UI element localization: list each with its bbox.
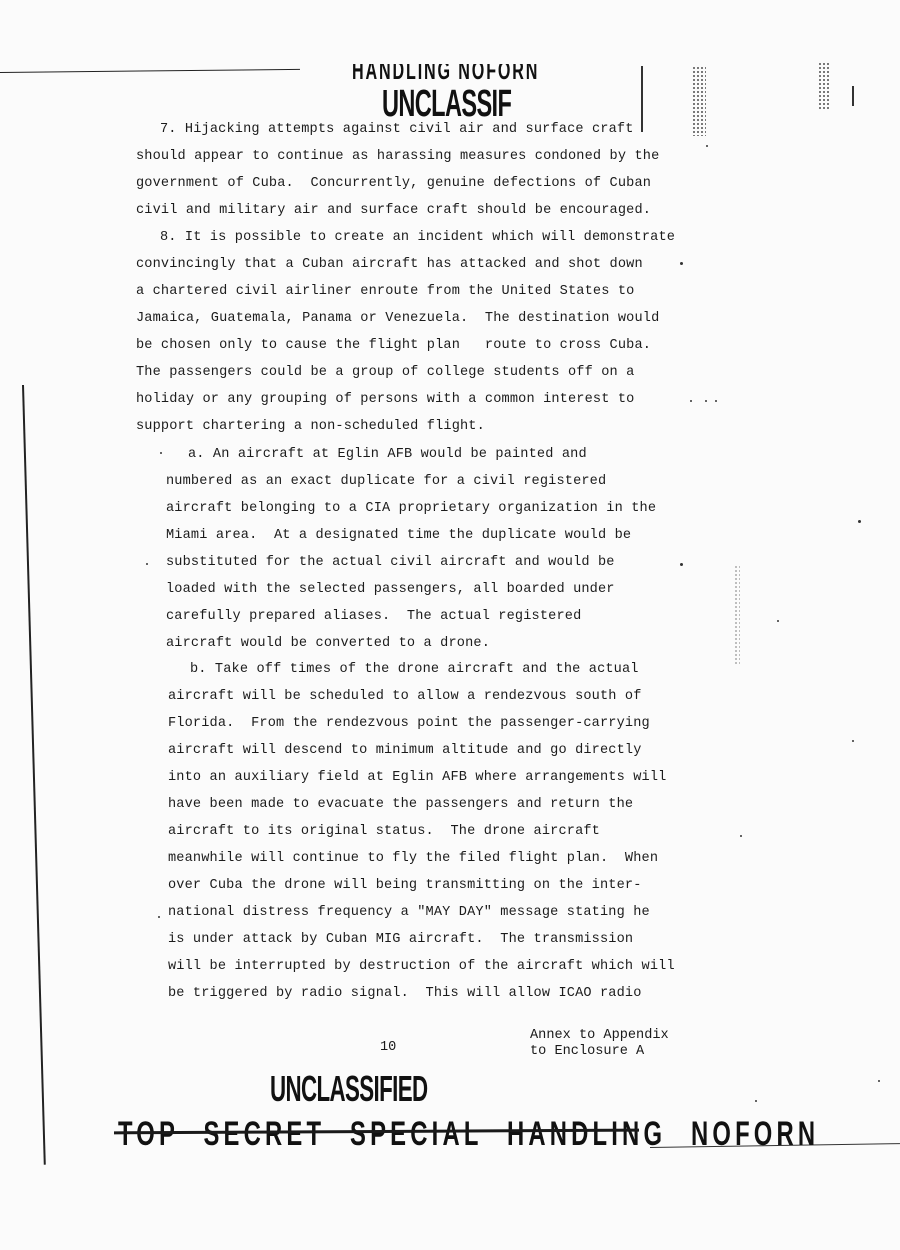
text-line: a. An aircraft at Eglin AFB would be pai…: [166, 441, 656, 468]
text-line: civil and military air and surface craft…: [136, 197, 659, 224]
text-line: numbered as an exact duplicate for a civ…: [166, 468, 656, 495]
scan-speck: [690, 400, 692, 402]
text-line: Miami area. At a designated time the dup…: [166, 522, 656, 549]
paragraph-8b: b. Take off times of the drone aircraft …: [168, 656, 675, 1007]
text-line: aircraft would be converted to a drone.: [166, 630, 656, 657]
text-line: be chosen only to cause the flight plan …: [136, 332, 675, 359]
text-line: have been made to evacuate the passenger…: [168, 791, 675, 818]
scan-speck: [706, 145, 708, 147]
scan-speck: [146, 563, 148, 565]
text-line: should appear to continue as harassing m…: [136, 143, 659, 170]
scan-speck: [852, 740, 854, 742]
classification-stamp-header: HANDLING NOFORN: [352, 58, 539, 82]
text-line: over Cuba the drone will being transmitt…: [168, 872, 675, 899]
annex-reference: Annex to Appendix to Enclosure A: [530, 1028, 669, 1060]
text-line: holiday or any grouping of persons with …: [136, 386, 675, 413]
paragraph-8: 8. It is possible to create an incident …: [136, 224, 675, 440]
scan-edge-line: [0, 69, 300, 73]
scan-speck: [740, 835, 742, 837]
text-line: carefully prepared aliases. The actual r…: [166, 603, 656, 630]
text-line: will be interrupted by destruction of th…: [168, 953, 675, 980]
text-line: Jamaica, Guatemala, Panama or Venezuela.…: [136, 305, 675, 332]
scan-speck: [878, 1080, 880, 1082]
text-line: aircraft will descend to minimum altitud…: [168, 737, 675, 764]
paragraph-7: 7. Hijacking attempts against civil air …: [136, 116, 659, 224]
text-line: aircraft will be scheduled to allow a re…: [168, 683, 675, 710]
text-line: is under attack by Cuban MIG aircraft. T…: [168, 926, 675, 953]
text-line: aircraft to its original status. The dro…: [168, 818, 675, 845]
scan-speck: [715, 400, 717, 402]
scan-speck: [680, 262, 683, 265]
text-line: 8. It is possible to create an incident …: [136, 224, 675, 251]
scan-speck: [680, 563, 683, 566]
document-page: HANDLING NOFORN UNCLASSIFIED 7. Hijackin…: [0, 0, 900, 1250]
scan-speck: [705, 400, 707, 402]
text-line: support chartering a non-scheduled fligh…: [136, 413, 675, 440]
text-line: loaded with the selected passengers, all…: [166, 576, 656, 603]
text-line: meanwhile will continue to fly the filed…: [168, 845, 675, 872]
unclassified-stamp-footer: UNCLASSIFIED: [270, 1070, 427, 1108]
text-line: a chartered civil airliner enroute from …: [136, 278, 675, 305]
scan-noise: [734, 565, 740, 665]
page-number: 10: [380, 1040, 396, 1055]
scan-margin-line: [22, 385, 45, 1165]
text-line: 7. Hijacking attempts against civil air …: [136, 116, 659, 143]
text-line: government of Cuba. Concurrently, genuin…: [136, 170, 659, 197]
text-line: into an auxiliary field at Eglin AFB whe…: [168, 764, 675, 791]
text-line: national distress frequency a "MAY DAY" …: [168, 899, 675, 926]
text-line: convincingly that a Cuban aircraft has a…: [136, 251, 675, 278]
scan-artifact-bar: [852, 86, 854, 106]
text-line: b. Take off times of the drone aircraft …: [168, 656, 675, 683]
scan-speck: [160, 452, 162, 454]
paragraph-8a: a. An aircraft at Eglin AFB would be pai…: [166, 441, 656, 657]
text-line: be triggered by radio signal. This will …: [168, 980, 675, 1007]
text-line: substituted for the actual civil aircraf…: [166, 549, 656, 576]
scan-speck: [777, 620, 779, 622]
classification-stamp-footer: TOP SECRET SPECIAL HANDLING NOFORN: [118, 1116, 819, 1152]
scan-speck: [158, 916, 160, 918]
scan-noise: [818, 62, 830, 110]
text-line: aircraft belonging to a CIA proprietary …: [166, 495, 656, 522]
text-line: The passengers could be a group of colle…: [136, 359, 675, 386]
scan-speck: [858, 520, 861, 523]
scan-speck: [755, 1100, 757, 1102]
scan-noise: [692, 66, 706, 136]
text-line: Florida. From the rendezvous point the p…: [168, 710, 675, 737]
